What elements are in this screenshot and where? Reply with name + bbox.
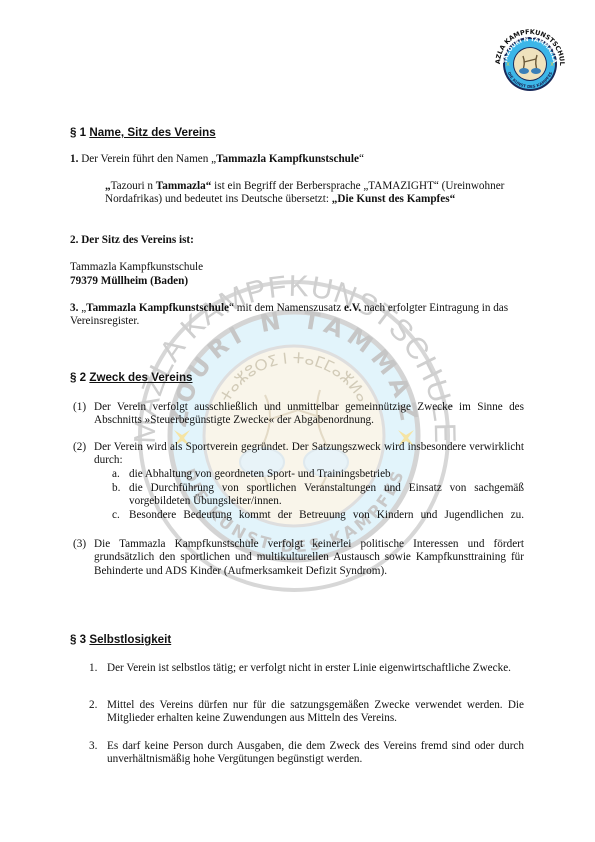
sublist-label: b. <box>112 482 120 495</box>
section-1-paragraph-2-heading: 2. Der Sitz des Vereins ist: <box>70 234 194 247</box>
club-name: Tammazla Kampfkunstschule <box>216 153 359 165</box>
quote-text: Tazouri n <box>111 180 156 192</box>
paragraph-text: Der Verein führt den Namen „ <box>78 153 216 165</box>
address-line-2: 79379 Müllheim (Baden) <box>70 275 188 288</box>
list-label: (2) <box>73 441 86 454</box>
sublist-label: c. <box>112 509 120 522</box>
paragraph-text: “ <box>359 153 364 165</box>
paragraph-text: “ mit dem Namenszusatz <box>229 302 344 314</box>
section-number: § 3 <box>70 633 86 646</box>
list-item-text: Der Verein wird als Sportverein gegründe… <box>94 441 524 468</box>
list-label: (3) <box>73 538 86 551</box>
list-item-text: Der Verein ist selbstlos tätig; er verfo… <box>107 662 524 675</box>
section-1-paragraph-1: 1. Der Verein führt den Namen „Tammazla … <box>70 153 530 166</box>
list-item-text: Der Verein verfolgt ausschließlich und u… <box>94 401 524 428</box>
club-logo-icon: TAMMAZLA KAMPFKUNSTSCHULE e.V. TAZOURI N… <box>494 28 566 100</box>
section-title: Selbstlosigkeit <box>89 633 171 646</box>
list-item-text: Es darf keine Person durch Ausgaben, die… <box>107 740 524 767</box>
paragraph-text: „ <box>78 302 86 314</box>
sublist-item-text: Besondere Bedeutung kommt der Betreuung … <box>129 509 524 522</box>
watermark-tifinagh-text: ⵜⴰⵣⵓⵔⵉ ⵏ ⵜⴰⵎⵎⴰⵣⵍⴰ <box>216 349 372 405</box>
address-line-1: Tammazla Kampfkunstschule <box>70 261 203 274</box>
section-number: § 2 <box>70 371 86 384</box>
section-1-heading: § 1 Name, Sitz des Vereins <box>70 126 216 139</box>
watermark-ring-top-text: TAZOURI N TAMMAZLA <box>0 0 424 429</box>
list-label: 1. <box>89 662 97 675</box>
document-page: TAMMAZLA KAMPFKUNSTSCHULE e.V. TAZOURI N… <box>0 0 595 842</box>
list-label: 3. <box>89 740 97 753</box>
section-1-paragraph-3: 3. „Tammazla Kampfkunstschule“ mit dem N… <box>70 302 526 329</box>
list-item-text: Mittel des Vereins dürfen nur für die sa… <box>107 699 524 726</box>
quote-bold: Tammazla“ <box>156 180 212 192</box>
section-number: § 1 <box>70 126 86 139</box>
section-2-heading: § 2 Zweck des Vereins <box>70 371 192 384</box>
list-label: 2. <box>89 699 97 712</box>
svg-text:TAZOURI N TAMMAZLA: TAZOURI N TAMMAZLA <box>0 0 424 429</box>
list-item-text: Die Tammazla Kampfkunstschule verfolgt k… <box>94 538 524 578</box>
sublist-item-text: die Abhaltung von geordneten Sport- und … <box>129 468 524 481</box>
club-name: Tammazla Kampfkunstschule <box>86 302 229 314</box>
ev-suffix: e.V. <box>344 302 361 314</box>
sublist-item-text: die Durchführung von sportlichen Veranst… <box>129 482 524 509</box>
section-title: Name, Sitz des Vereins <box>89 126 215 139</box>
quote-bold: „Die Kunst des Kampfes“ <box>332 193 455 205</box>
sublist-label: a. <box>112 468 120 481</box>
list-label: (1) <box>73 401 86 414</box>
section-1-quote: „Tazouri n Tammazla“ ist ein Begriff der… <box>105 180 530 207</box>
section-title: Zweck des Vereins <box>89 371 192 384</box>
section-3-heading: § 3 Selbstlosigkeit <box>70 633 171 646</box>
svg-text:ⵜⴰⵣⵓⵔⵉ ⵏ ⵜⴰⵎⵎⴰⵣⵍⴰ: ⵜⴰⵣⵓⵔⵉ ⵏ ⵜⴰⵎⵎⴰⵣⵍⴰ <box>216 349 372 405</box>
